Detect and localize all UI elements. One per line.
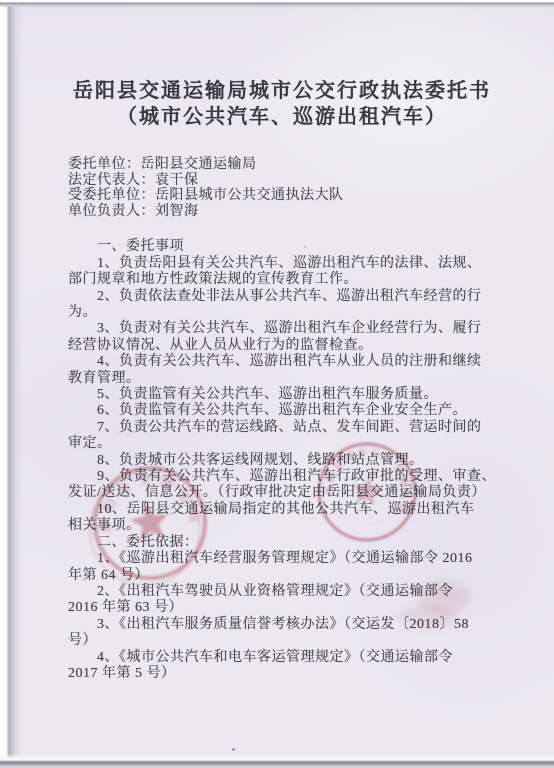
title-line-2: （城市公共汽车、巡游出租汽车）: [68, 104, 496, 130]
party-line: 单位负责人：刘智海: [68, 204, 496, 220]
body-line: 部门规章和地方性政策法规的宣传教育工作。: [68, 272, 496, 288]
parties-block: 委托单位：岳阳县交通运输局法定代表人：袁干保受委托单位：岳阳县城市公共交通执法大…: [68, 157, 496, 219]
body-line: 为。: [68, 305, 496, 321]
dust-speck: [304, 246, 306, 248]
body-line: 4、《城市公共汽车和电车客运管理规定》（交通运输部令: [68, 650, 496, 666]
document-body: 一、委托事项1、负责岳阳县有关公共汽车、巡游出租汽车的法律、法规、部门规章和地方…: [68, 239, 496, 682]
paper-background: 岳阳县交通运输局城市公交行政执法委托书 （城市公共汽车、巡游出租汽车） 委托单位…: [0, 0, 554, 768]
body-line: 7、负责公共汽车的营运线路、站点、发车间距、营运时间的: [68, 420, 496, 436]
body-line: 4、负责有关公共汽车、巡游出租汽车从业人员的注册和继续: [68, 354, 496, 370]
document-content: 岳阳县交通运输局城市公交行政执法委托书 （城市公共汽车、巡游出租汽车） 委托单位…: [68, 78, 496, 682]
scan-edge-left: [0, 0, 22, 768]
body-line: 10、岳阳县交通运输局指定的其他公共汽车、巡游出租汽车: [68, 502, 496, 518]
body-line: 3、《出租汽车服务质量信誉考核办法》（交运发〔2018〕58: [68, 617, 496, 633]
body-line: 经营协议情况、从业人员从业行为的监督检查。: [68, 338, 496, 354]
scan-edge-top: [0, 0, 554, 8]
body-line: 年第 64 号）: [68, 568, 496, 584]
body-line: 2016 年第 63 号）: [68, 600, 496, 616]
body-line: 1、《巡游出租汽车经营服务管理规定》（交通运输部令 2016: [68, 551, 496, 567]
body-line: 发证/送达、信息公开。（行政审批决定由岳阳县交通运输局负责）: [68, 485, 496, 501]
document-title: 岳阳县交通运输局城市公交行政执法委托书 （城市公共汽车、巡游出租汽车）: [68, 78, 496, 130]
body-line: 相关事项。: [68, 518, 496, 534]
scanned-document-page: { "page": { "paper_color": "#ebe8f2", "t…: [0, 0, 554, 768]
body-line: 9、负责有关公共汽车、巡游出租汽车行政审批的受理、审查、: [68, 469, 496, 485]
body-line: 5、负责监管有关公共汽车、巡游出租汽车服务质量。: [68, 387, 496, 403]
scan-edge-bottom: [0, 754, 554, 768]
body-line: 1、负责岳阳县有关公共汽车、巡游出租汽车的法律、法规、: [68, 256, 496, 272]
body-line: 二、委托依据：: [68, 535, 496, 551]
title-line-1: 岳阳县交通运输局城市公交行政执法委托书: [68, 78, 496, 104]
body-line: 3、负责对有关公共汽车、巡游出租汽车企业经营行为、履行: [68, 321, 496, 337]
body-line: 教育管理。: [68, 371, 496, 387]
dust-speck: [232, 748, 235, 751]
body-line: 一、委托事项: [68, 239, 496, 255]
body-line: 审定。: [68, 436, 496, 452]
body-line: 2、负责依法查处非法从事公共汽车、巡游出租汽车经营的行: [68, 289, 496, 305]
party-line: 受委托单位：岳阳县城市公共交通执法大队: [68, 188, 496, 204]
body-line: 2、《出租汽车驾驶员从业资格管理规定》（交通运输部令: [68, 584, 496, 600]
body-line: 6、负责监管有关公共汽车、巡游出租汽车企业安全生产。: [68, 403, 496, 419]
body-line: 2017 年第 5 号）: [68, 666, 496, 682]
party-line: 委托单位：岳阳县交通运输局: [68, 157, 496, 173]
body-line: 8、负责城市公共客运线网规划、线路和站点管理。: [68, 453, 496, 469]
party-line: 法定代表人：袁干保: [68, 173, 496, 189]
body-line: 号）: [68, 633, 496, 649]
